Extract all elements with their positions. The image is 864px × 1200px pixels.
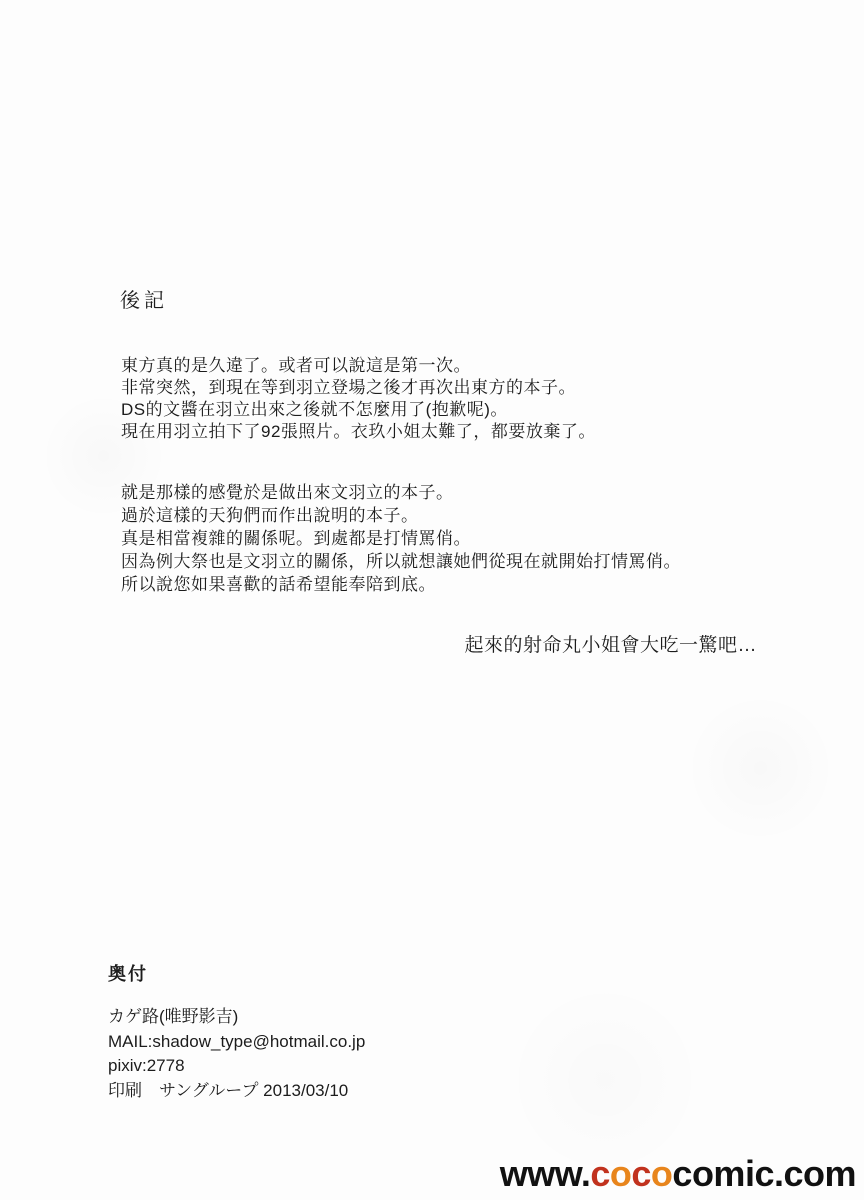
paragraph-line: 東方真的是久違了。或者可以說這是第一次。: [121, 355, 596, 377]
watermark-letter-c1: c: [590, 1153, 610, 1194]
paragraph-line: 現在用羽立拍下了92張照片。衣玖小姐太難了，都要放棄了。: [121, 421, 596, 443]
watermark-letter-o2: o: [651, 1153, 673, 1194]
watermark-www: www.: [500, 1153, 591, 1194]
afterword-paragraph-1: 東方真的是久違了。或者可以說這是第一次。 非常突然，到現在等到羽立登場之後才再次…: [121, 355, 596, 443]
paragraph-line: 非常突然，到現在等到羽立登場之後才再次出東方的本子。: [121, 377, 596, 399]
colophon-printing-info: 印刷 サングループ 2013/03/10: [108, 1079, 365, 1104]
paragraph-line: 所以說您如果喜歡的話希望能奉陪到底。: [121, 573, 681, 596]
watermark-letter-c2: c: [631, 1153, 651, 1194]
colophon-circle-name: カゲ路(唯野影吉): [108, 1005, 365, 1030]
afterword-paragraph-2: 就是那樣的感覺於是做出來文羽立的本子。 過於這樣的天狗們而作出說明的本子。 真是…: [121, 481, 681, 596]
colophon-mail: MAIL:shadow_type@hotmail.co.jp: [108, 1030, 365, 1055]
paragraph-line: 就是那樣的感覺於是做出來文羽立的本子。: [121, 481, 681, 504]
paragraph-line: 因為例大祭也是文羽立的關係，所以就想讓她們從現在就開始打情罵俏。: [121, 550, 681, 573]
paragraph-line: 過於這樣的天狗們而作出說明的本子。: [121, 504, 681, 527]
scanned-afterword-page: 後記 東方真的是久違了。或者可以說這是第一次。 非常突然，到現在等到羽立登場之後…: [0, 0, 864, 1200]
site-watermark: www.cococomic.com: [500, 1153, 856, 1195]
colophon-pixiv-id: pixiv:2778: [108, 1054, 365, 1079]
colophon-heading: 奥付: [108, 960, 148, 986]
colophon-block: カゲ路(唯野影吉) MAIL:shadow_type@hotmail.co.jp…: [108, 1005, 365, 1103]
afterword-heading: 後記: [120, 284, 168, 313]
paragraph-line: DS的文醬在羽立出來之後就不怎麼用了(抱歉呢)。: [121, 399, 596, 421]
paragraph-line: 真是相當複雜的關係呢。到處都是打情罵俏。: [121, 527, 681, 550]
watermark-domain-rest: comic.com: [672, 1153, 856, 1194]
watermark-letter-o1: o: [610, 1153, 632, 1194]
afterword-closing-line: 起來的射命丸小姐會大吃一驚吧…: [464, 630, 757, 657]
